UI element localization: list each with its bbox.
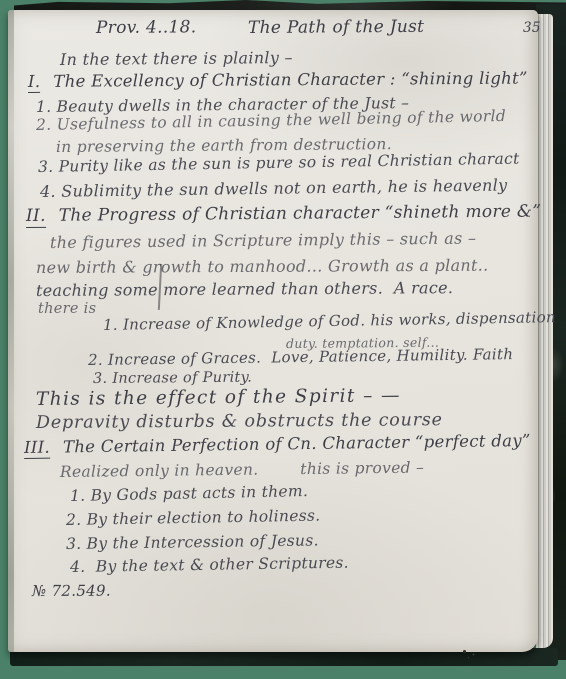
page-stack-edges xyxy=(536,14,553,648)
manuscript-line: This is the effect of the Spirit – — xyxy=(36,385,401,410)
line-text: The Progress of Christian character “shi… xyxy=(59,202,542,226)
line-text: the figures used in Scripture imply this… xyxy=(50,229,476,252)
manuscript-line: II.The Progress of Christian character “… xyxy=(26,202,541,226)
line-text: 3. By the Intercession of Jesus. xyxy=(66,531,319,553)
sermon-title: The Path of the Just xyxy=(248,17,424,38)
line-text: The Certain Perfection of Cn. Character … xyxy=(63,431,531,457)
line-text: This is the effect of the Spirit – — xyxy=(36,385,401,410)
page-number: 35 xyxy=(523,20,541,36)
manuscript-line: Depravity disturbs & obstructs the cours… xyxy=(36,410,443,433)
manuscript-line: Realized only in heaven. this is proved … xyxy=(60,459,424,481)
scripture-reference: Prov. 4..18. xyxy=(96,17,197,38)
page-left-torn-edge xyxy=(8,10,14,652)
manuscript-line: 1. By Gods past acts in them. xyxy=(70,482,309,505)
manuscript-line: teaching some more learned than others. … xyxy=(36,278,453,300)
manuscript-line: the figures used in Scripture imply this… xyxy=(50,229,476,252)
line-text: teaching some more learned than others. … xyxy=(36,278,453,300)
manuscript-line: In the text there is plainly – xyxy=(60,48,293,69)
ink-specks xyxy=(463,650,466,653)
outline-numeral: III. xyxy=(24,438,50,459)
line-text: 2. Increase of Graces. Love, Patience, H… xyxy=(88,345,513,369)
manuscript-line: there is xyxy=(38,301,96,317)
line-text: The Excellency of Christian Character : … xyxy=(53,69,527,91)
notebook-page: Prov. 4..18. The Path of the Just 35 In … xyxy=(8,10,538,652)
line-text: 4. Sublimity the sun dwells not on earth… xyxy=(40,175,508,201)
manuscript-line: 1. Increase of Knowledge of God. his wor… xyxy=(103,308,556,334)
manuscript-line: 2. By their election to holiness. xyxy=(66,507,321,529)
manuscript-line: new birth & growth to manhood... Growth … xyxy=(36,256,489,277)
outline-numeral: I. xyxy=(28,72,41,93)
manuscript-line: 3. By the Intercession of Jesus. xyxy=(66,531,319,553)
line-text: 1. By Gods past acts in them. xyxy=(70,482,309,505)
manuscript-line: 4. By the text & other Scriptures. xyxy=(70,554,349,576)
line-text: 4. By the text & other Scriptures. xyxy=(70,554,349,576)
line-text: Depravity disturbs & obstructs the cours… xyxy=(36,410,443,433)
line-text: 2. By their election to holiness. xyxy=(66,507,321,529)
manuscript-line: 2. Increase of Graces. Love, Patience, H… xyxy=(88,345,513,369)
catalog-number: № 72.549. xyxy=(32,582,111,600)
line-text: Realized only in heaven. this is proved … xyxy=(60,459,424,481)
manuscript-photo: Prov. 4..18. The Path of the Just 35 In … xyxy=(0,0,566,679)
line-text: In the text there is plainly – xyxy=(60,48,293,69)
outline-numeral: II. xyxy=(26,206,46,228)
line-text: new birth & growth to manhood... Growth … xyxy=(36,256,489,277)
line-text: 3. Increase of Purity. xyxy=(93,370,252,387)
manuscript-line: I.The Excellency of Christian Character … xyxy=(28,69,528,91)
line-text: there is xyxy=(38,301,96,317)
manuscript-line: 3. Increase of Purity. xyxy=(93,370,252,387)
line-text: 1. Increase of Knowledge of God. his wor… xyxy=(103,308,556,334)
manuscript-line: III.The Certain Perfection of Cn. Charac… xyxy=(24,431,531,457)
manuscript-line: 4. Sublimity the sun dwells not on earth… xyxy=(40,175,508,201)
